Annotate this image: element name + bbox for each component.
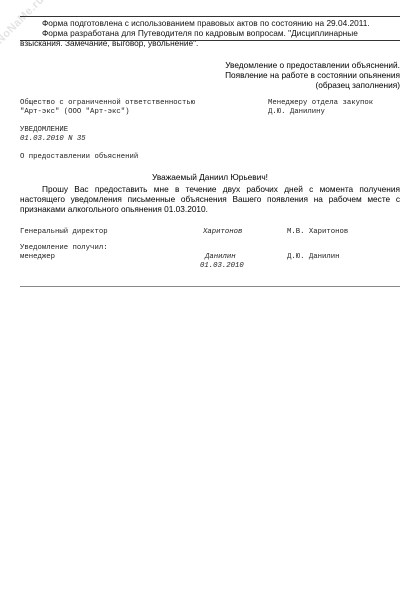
- director-signature: Харитонов: [203, 228, 242, 237]
- organization-name-line-2: "Арт-экс" (ООО "Арт-экс"): [20, 108, 129, 117]
- title-line-2: Появление на работе в состоянии опьянени…: [140, 70, 400, 80]
- receiver-position: менеджер: [20, 253, 55, 262]
- notice-bottom-rule: [20, 40, 400, 41]
- body-paragraph: Прошу Вас предоставить мне в течение дву…: [20, 184, 400, 214]
- top-rule: [20, 16, 400, 17]
- document-subject: О предоставлении объяснений: [20, 153, 138, 162]
- greeting: Уважаемый Даниил Юрьевич!: [20, 172, 400, 182]
- receiver-name: Д.Ю. Данилин: [287, 253, 340, 262]
- title-line-3: (образец заполнения): [140, 80, 400, 90]
- receiver-signature: Данилин: [205, 253, 236, 262]
- receipt-label: Уведомление получил:: [20, 244, 108, 253]
- document-type: УВЕДОМЛЕНИЕ: [20, 126, 68, 135]
- director-name: М.В. Харитонов: [287, 228, 348, 237]
- notice-line-2: Форма разработана для Путеводителя по ка…: [20, 28, 400, 48]
- notice-line-1: Форма подготовлена с использованием прав…: [20, 18, 400, 28]
- document-title-block: Уведомление о предоставлении объяснений.…: [140, 60, 400, 90]
- document-date-number: 01.03.2010 N 35: [20, 135, 86, 144]
- addressee-name: Д.Ю. Данилину: [268, 108, 325, 117]
- title-line-1: Уведомление о предоставлении объяснений.: [140, 60, 400, 70]
- bottom-rule: [20, 286, 400, 287]
- receiver-date: 01.03.2010: [200, 262, 244, 271]
- organization-name-line-1: Общество с ограниченной ответственностью: [20, 99, 195, 108]
- director-position: Генеральный директор: [20, 228, 108, 237]
- addressee-position: Менеджеру отдела закупок: [268, 99, 373, 108]
- source-notice: Форма подготовлена с использованием прав…: [20, 18, 400, 48]
